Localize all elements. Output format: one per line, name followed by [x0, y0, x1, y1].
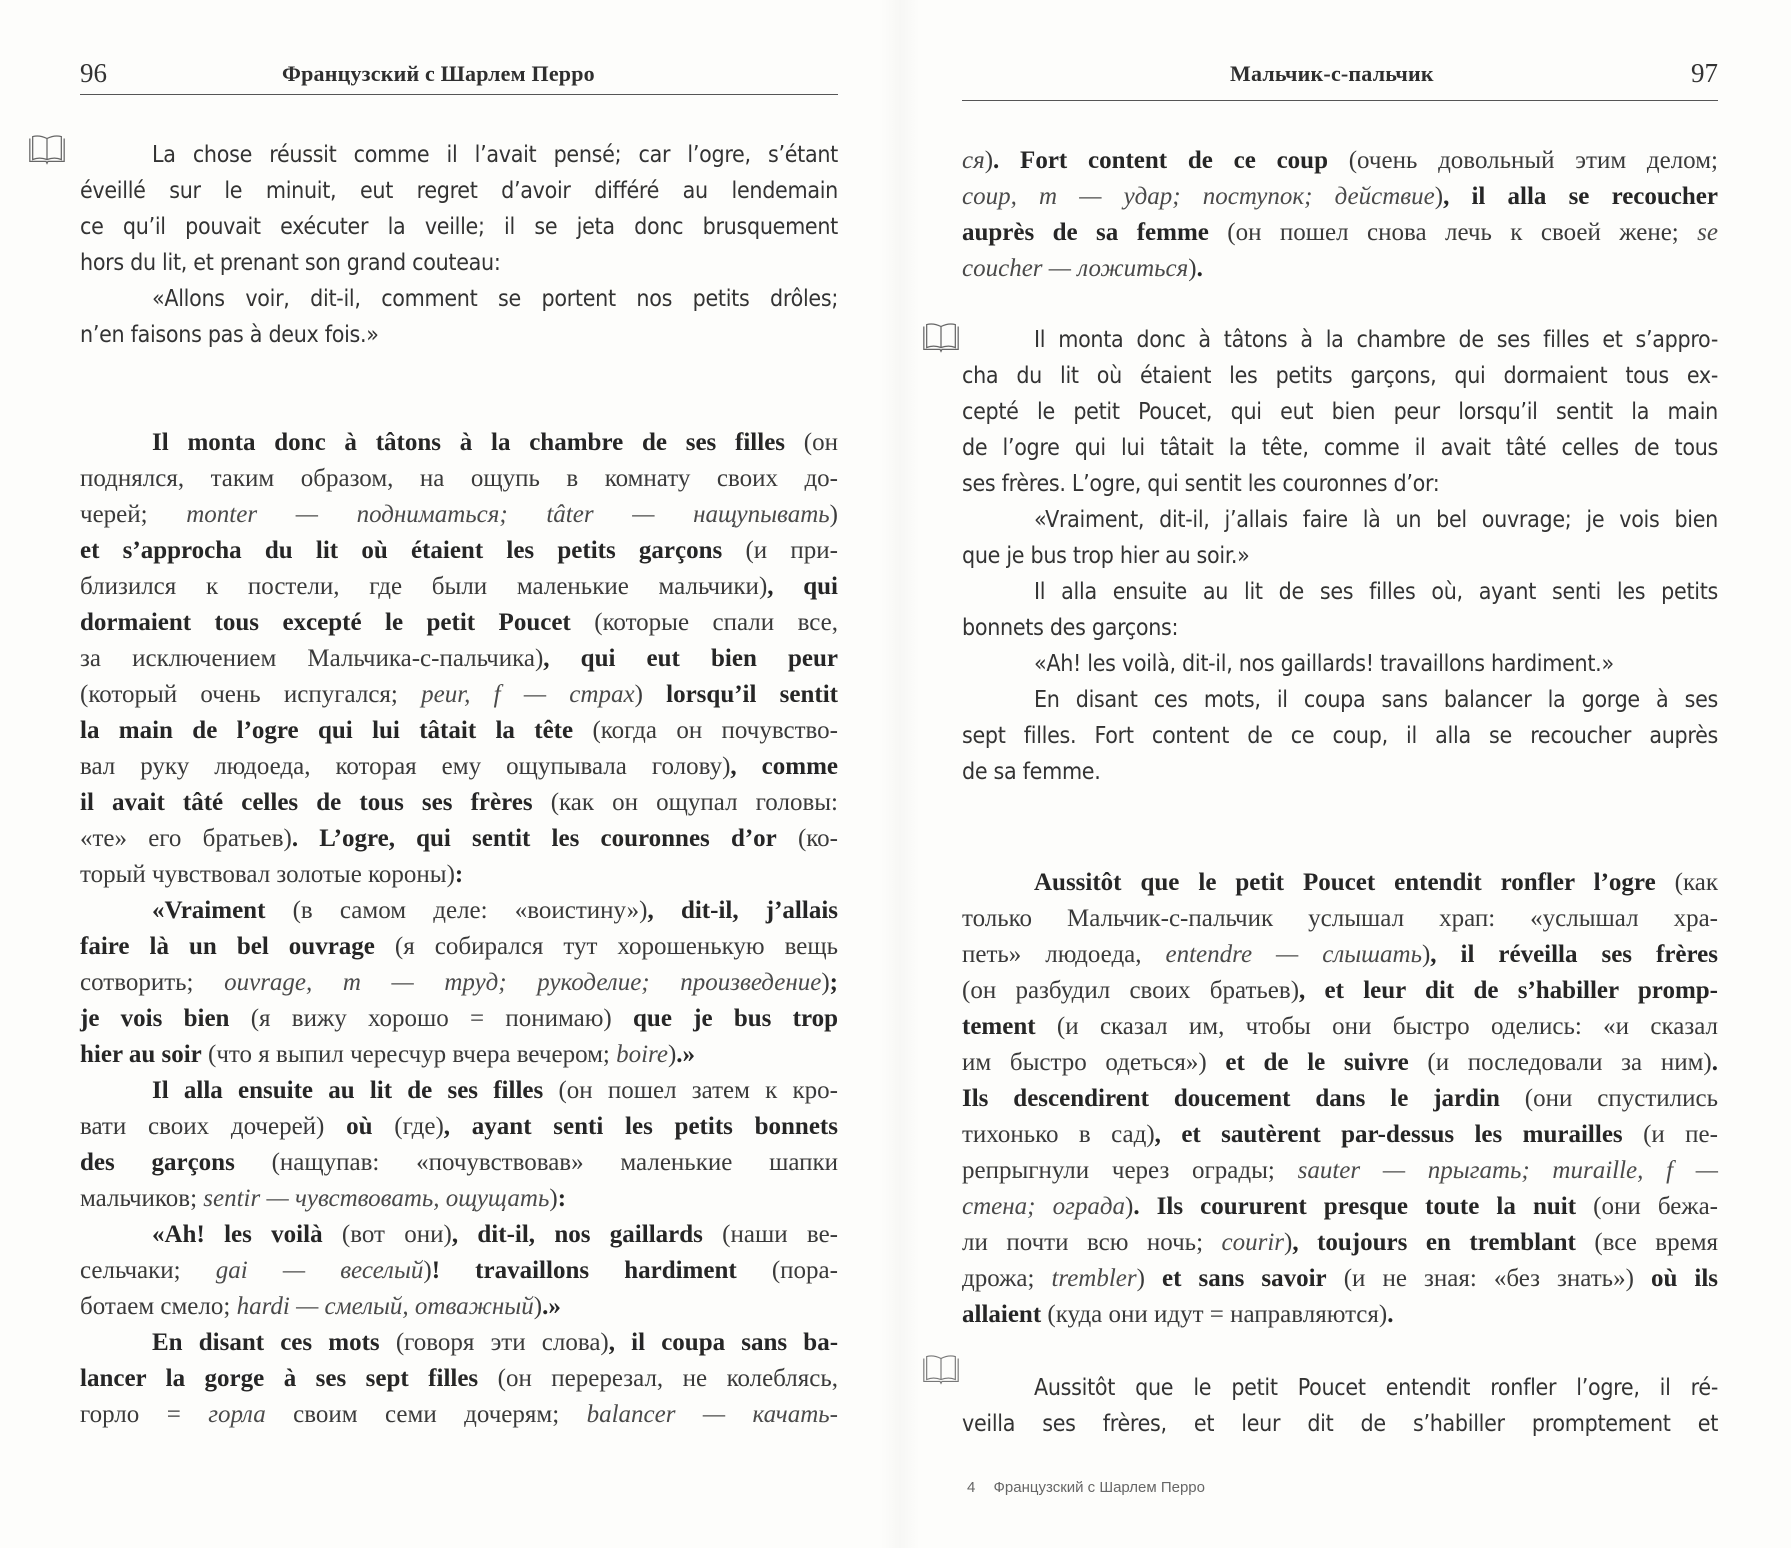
french-phrase: Aussitôt que le petit Poucet entendit ro…: [1034, 869, 1656, 896]
text-run: (в самом деле: «воистину»): [265, 897, 647, 924]
text-run: (и пе-: [1623, 1121, 1718, 1148]
text-run: репрыгнули через ограды;: [962, 1157, 1298, 1184]
french-phrase: je vois bien: [80, 1005, 229, 1032]
text-run: En disant ces mots, il coupa sans balanc…: [1034, 687, 1718, 713]
vocab-note: gai — веселый: [216, 1257, 424, 1284]
text-run: «Vraiment, dit-il, j’allais faire là un …: [1034, 507, 1718, 533]
text-line: la main de l’ogre qui lui tâtait la tête…: [80, 713, 838, 749]
annotated-text-paragraph: Il monta donc à tâtons à la chambre de s…: [80, 425, 838, 1433]
text-run: (что я выпил чересчур вчера вечером;: [202, 1041, 616, 1068]
text-run: (когда он почувство-: [573, 717, 838, 744]
text-run: мальчиков;: [80, 1185, 203, 1212]
text-line: ботаем смело; hardi — смелый, отважный).…: [80, 1289, 838, 1325]
french-phrase: , ayant senti les petits bonnets: [444, 1113, 838, 1140]
header-rule: [962, 100, 1718, 101]
text-line: поднялся, таким образом, на ощупь в комн…: [80, 461, 838, 497]
vocab-note: ouvrage, m — труд; рукоделие; произведен…: [224, 969, 821, 996]
text-run: (все время: [1576, 1229, 1718, 1256]
text-run: (который очень испугался;: [80, 681, 421, 708]
french-phrase: .»: [542, 1293, 561, 1320]
text-run: (они спустились: [1500, 1085, 1718, 1112]
text-run: (куда они идут = направляются): [1041, 1301, 1387, 1328]
text-run: (и не зная: «без знать»): [1327, 1265, 1651, 1292]
text-run: (он перерезал, не колеблясь,: [478, 1365, 838, 1392]
text-line: des garçons (нащупав: «почувствовав» мал…: [80, 1145, 838, 1181]
text-line: (который очень испугался; peur, f — стра…: [80, 677, 838, 713]
french-phrase: «Ah! les voilà: [152, 1221, 323, 1248]
text-run: ли почти всю ночь;: [962, 1229, 1222, 1256]
text-run: ): [830, 501, 838, 528]
text-line: сотворить; ouvrage, m — труд; рукоделие;…: [80, 965, 838, 1001]
text-run: cepté le petit Poucet, qui eut bien peur…: [962, 399, 1718, 425]
text-run: ses frères. L’ogre, qui sentit les couro…: [962, 471, 1439, 497]
text-run: ): [821, 969, 829, 996]
text-run: только Мальчик-с-пальчик услышал храп: «…: [962, 905, 1718, 932]
text-line: Il alla ensuite au lit de ses filles (он…: [80, 1073, 838, 1109]
text-run: La chose réussit comme il l’avait pensé;…: [152, 142, 838, 168]
text-line: за исключением Мальчика-с-пальчика), qui…: [80, 641, 838, 677]
text-run: bonnets des garçons:: [962, 615, 1178, 641]
text-line: éveillé sur le minuit, eut regret d’avoi…: [80, 173, 838, 209]
text-run: ): [534, 1293, 542, 1320]
text-line: «Allons voir, dit-il, comment se portent…: [80, 281, 838, 317]
french-phrase: «Vraiment: [152, 897, 265, 924]
text-run: своим семи дочерям;: [266, 1401, 587, 1428]
printer-signature-footer: 4 Французский с Шарлем Перро: [967, 1479, 1205, 1496]
text-run: (и последовали за ним): [1409, 1049, 1712, 1076]
text-line: «Vraiment, dit-il, j’allais faire là un …: [962, 502, 1718, 538]
text-run: n’en faisons pas à deux fois.»: [80, 322, 379, 348]
text-run: (вот они): [323, 1221, 452, 1248]
text-line: bonnets des garçons:: [962, 610, 1718, 646]
text-line: Aussitôt que le petit Poucet entendit ro…: [962, 1370, 1718, 1406]
text-run: (говоря эти слова): [380, 1329, 609, 1356]
text-line: вати своих дочерей) où (где), ayant sent…: [80, 1109, 838, 1145]
text-run: сельчаки;: [80, 1257, 216, 1284]
vocab-note: coucher — ложиться: [962, 255, 1188, 282]
signature-title: Французский с Шарлем Перро: [994, 1479, 1205, 1496]
french-phrase: hier au soir: [80, 1041, 202, 1068]
text-line: стена; ограда). Ils coururent presque to…: [962, 1189, 1718, 1225]
text-line: veilla ses frères, et leur dit de s’habi…: [962, 1406, 1718, 1442]
annotated-text-continued: ся). Fort content de ce coup (очень дово…: [962, 143, 1718, 287]
french-phrase: , dit-il, nos gaillards: [452, 1221, 703, 1248]
text-run: ce qu’il pouvait exécuter la veille; il …: [80, 214, 838, 240]
text-line: им быстро одеться») et de le suivre (и п…: [962, 1045, 1718, 1081]
french-phrase: faire là un bel ouvrage: [80, 933, 375, 960]
text-line: «Ah! les voilà, dit-il, nos gaillards! t…: [962, 646, 1718, 682]
text-line: горло = горла своим семи дочерям; balanc…: [80, 1397, 838, 1433]
text-run: дрожа;: [962, 1265, 1051, 1292]
french-phrase: , dit-il, j’allais: [648, 897, 838, 924]
text-line: allaient (куда они идут = направляются).: [962, 1297, 1718, 1333]
vocab-note: sauter — прыгать; muraille, f —: [1298, 1157, 1718, 1184]
french-phrase: la main de l’ogre qui lui tâtait la tête: [80, 717, 573, 744]
text-run: (я вижу хорошо = понимаю): [229, 1005, 633, 1032]
annotated-text-paragraph: Aussitôt que le petit Poucet entendit ro…: [962, 865, 1718, 1333]
french-phrase: :: [455, 861, 463, 888]
french-phrase: et sans savoir: [1162, 1265, 1327, 1292]
text-run: петь» людоеда,: [962, 941, 1166, 968]
text-run: (он пошел снова лечь к своей жене;: [1209, 219, 1697, 246]
text-run: (как: [1656, 869, 1718, 896]
text-run: ): [1188, 255, 1196, 282]
text-line: tement (и сказал им, чтобы они быстро од…: [962, 1009, 1718, 1045]
text-line: (он разбудил своих братьев), et leur dit…: [962, 973, 1718, 1009]
text-run: que je bus trop hier au soir.»: [962, 543, 1250, 569]
text-run: veilla ses frères, et leur dit de s’habi…: [962, 1411, 1718, 1437]
french-phrase: , il coupa sans ba-: [609, 1329, 838, 1356]
vocab-note: sentir — чувствовать, ощущать: [203, 1185, 549, 1212]
vocab-note: hardi — смелый, отважный: [237, 1293, 534, 1320]
french-phrase: ;: [830, 969, 838, 996]
french-phrase: , et leur dit de s’habiller promp-: [1299, 977, 1718, 1004]
text-run: «Allons voir, dit-il, comment se portent…: [152, 286, 838, 312]
right-page: Мальчик-с-пальчик 97 ся). Fort content d…: [896, 0, 1791, 1548]
text-run: ): [423, 1257, 431, 1284]
text-run: (и сказал им, чтобы они быстро оделись: …: [1036, 1013, 1718, 1040]
text-line: ce qu’il pouvait exécuter la veille; il …: [80, 209, 838, 245]
text-line: мальчиков; sentir — чувствовать, ощущать…: [80, 1181, 838, 1217]
text-line: «Ah! les voilà (вот они), dit-il, nos ga…: [80, 1217, 838, 1253]
french-phrase: .»: [676, 1041, 695, 1068]
french-phrase: et de le suivre: [1225, 1049, 1408, 1076]
text-line: Aussitôt que le petit Poucet entendit ro…: [962, 865, 1718, 901]
running-head-left: 96 Французский с Шарлем Перро: [80, 58, 838, 92]
text-run: ): [985, 147, 993, 174]
text-run: ): [549, 1185, 557, 1212]
french-phrase: allaient: [962, 1301, 1041, 1328]
text-line: ли почти всю ночь; courir), toujours en …: [962, 1225, 1718, 1261]
vocab-note: boire: [616, 1041, 668, 1068]
signature-number: 4: [967, 1479, 975, 1496]
french-phrase: Il alla ensuite au lit de ses filles: [152, 1077, 543, 1104]
french-phrase: ! travaillons hardiment: [432, 1257, 737, 1284]
french-phrase: , qui eut bien peur: [543, 645, 838, 672]
text-run: hors du lit, et prenant son grand coutea…: [80, 250, 501, 276]
text-run: ): [635, 681, 667, 708]
text-run: (он разбудил своих братьев): [962, 977, 1299, 1004]
text-line: En disant ces mots (говоря эти слова), i…: [80, 1325, 838, 1361]
text-run: сотворить;: [80, 969, 224, 996]
text-line: Ils descendirent doucement dans le jardi…: [962, 1081, 1718, 1117]
text-run: горло =: [80, 1401, 208, 1428]
original-text-paragraph: Aussitôt que le petit Poucet entendit ro…: [962, 1370, 1718, 1442]
left-page: 96 Французский с Шарлем Перро La chose r…: [0, 0, 895, 1548]
text-run: (как он ощупал головы:: [533, 789, 838, 816]
vocab-note: стена; ограда: [962, 1193, 1125, 1220]
french-phrase: En disant ces mots: [152, 1329, 380, 1356]
page-number: 96: [80, 58, 107, 89]
text-run: (он: [785, 429, 838, 456]
book-icon: [26, 132, 68, 166]
text-line: auprès de sa femme (он пошел снова лечь …: [962, 215, 1718, 251]
text-run: тихонько в сад): [962, 1121, 1155, 1148]
french-phrase: que je bus trop: [633, 1005, 838, 1032]
text-run: (очень довольный этим делом;: [1328, 147, 1718, 174]
book-icon: [920, 320, 962, 354]
text-line: hier au soir (что я выпил чересчур вчера…: [80, 1037, 838, 1073]
text-run: cha du lit où étaient les petits garçons…: [962, 363, 1718, 389]
text-run: вати своих дочерей): [80, 1113, 346, 1140]
text-line: cepté le petit Poucet, qui eut bien peur…: [962, 394, 1718, 430]
french-phrase: où ils: [1651, 1265, 1718, 1292]
french-phrase: Ils descendirent doucement dans le jardi…: [962, 1085, 1500, 1112]
text-run: ботаем смело;: [80, 1293, 237, 1320]
text-line: il avait tâté celles de tous ses frères …: [80, 785, 838, 821]
text-run: de sa femme.: [962, 759, 1101, 785]
text-run: de l’ogre qui lui tâtait la tête, comme …: [962, 435, 1718, 461]
french-phrase: .: [1387, 1301, 1393, 1328]
text-run: éveillé sur le minuit, eut regret d’avoi…: [80, 178, 838, 204]
french-phrase: , il réveilla ses frères: [1430, 941, 1718, 968]
french-phrase: et s’approcha du lit où étaient les peti…: [80, 537, 722, 564]
text-line: hors du lit, et prenant son grand coutea…: [80, 245, 838, 281]
text-run: близился к постели, где были маленькие м…: [80, 573, 767, 600]
text-run: вал руку людоеда, которая ему ощупывала …: [80, 753, 730, 780]
text-line: Il monta donc à tâtons à la chambre de s…: [962, 322, 1718, 358]
text-line: петь» людоеда, entendre — слышать), il r…: [962, 937, 1718, 973]
text-line: je vois bien (я вижу хорошо = понимаю) q…: [80, 1001, 838, 1037]
text-line: coup, m — удар; поступок; действие), il …: [962, 179, 1718, 215]
vocab-note: se: [1697, 219, 1718, 246]
running-head-right: Мальчик-с-пальчик 97: [962, 58, 1718, 92]
text-line: coucher — ложиться).: [962, 251, 1718, 287]
text-line: dormaient tous excepté le petit Poucet (…: [80, 605, 838, 641]
french-phrase: , il alla se recoucher: [1443, 183, 1718, 210]
text-line: de l’ogre qui lui tâtait la tête, comme …: [962, 430, 1718, 466]
text-run: (он пошел затем к кро-: [543, 1077, 838, 1104]
french-phrase: des garçons: [80, 1149, 235, 1176]
book-icon: [920, 1352, 962, 1386]
text-line: n’en faisons pas à deux fois.»: [80, 317, 838, 353]
text-line: торый чувствовал золотые короны):: [80, 857, 838, 893]
text-line: тихонько в сад), et sautèrent par-dessus…: [962, 1117, 1718, 1153]
french-phrase: , toujours en tremblant: [1292, 1229, 1575, 1256]
text-line: lancer la gorge à ses sept filles (он пе…: [80, 1361, 838, 1397]
text-run: торый чувствовал золотые короны): [80, 861, 455, 888]
text-run: (ко-: [777, 825, 838, 852]
vocab-note: trembler: [1051, 1265, 1136, 1292]
text-run: (я собирался тут хорошенькую вещь: [375, 933, 838, 960]
original-text-paragraph: Il monta donc à tâtons à la chambre de s…: [962, 322, 1718, 790]
text-run: «те» его братьев): [80, 825, 292, 852]
french-phrase: dormaient tous excepté le petit Poucet: [80, 609, 571, 636]
text-line: Il alla ensuite au lit de ses filles où,…: [962, 574, 1718, 610]
text-run: «Ah! les voilà, dit-il, nos gaillards! t…: [1034, 651, 1614, 677]
french-phrase: , comme: [730, 753, 838, 780]
text-line: близился к постели, где были маленькие м…: [80, 569, 838, 605]
text-line: сельчаки; gai — веселый)! travaillons ha…: [80, 1253, 838, 1289]
text-line: репрыгнули через ограды; sauter — прыгат…: [962, 1153, 1718, 1189]
french-phrase: auprès de sa femme: [962, 219, 1209, 246]
original-text-paragraph: La chose réussit comme il l’avait pensé;…: [80, 137, 838, 353]
text-line: de sa femme.: [962, 754, 1718, 790]
text-line: Il monta donc à tâtons à la chambre de s…: [80, 425, 838, 461]
text-run: Il monta donc à tâtons à la chambre de s…: [1034, 327, 1718, 353]
french-phrase: . Fort content de ce coup: [993, 147, 1328, 174]
french-phrase: .: [1197, 255, 1203, 282]
text-line: вал руку людоеда, которая ему ощупывала …: [80, 749, 838, 785]
text-line: «Vraiment (в самом деле: «воистину»), di…: [80, 893, 838, 929]
page-number: 97: [1691, 58, 1718, 89]
french-phrase: où: [346, 1113, 372, 1140]
vocab-note: ся: [962, 147, 985, 174]
french-phrase: :: [558, 1185, 566, 1212]
french-phrase: . Ils coururent presque toute la nuit: [1133, 1193, 1576, 1220]
text-run: Aussitôt que le petit Poucet entendit ro…: [1034, 1375, 1718, 1401]
text-run: ): [1137, 1265, 1162, 1292]
french-phrase: , qui: [767, 573, 838, 600]
text-line: que je bus trop hier au soir.»: [962, 538, 1718, 574]
text-line: faire là un bel ouvrage (я собирался тут…: [80, 929, 838, 965]
vocab-note: courir: [1222, 1229, 1285, 1256]
text-line: черей; monter — подниматься; tâter — нащ…: [80, 497, 838, 533]
text-run: (пора-: [737, 1257, 838, 1284]
text-run: (которые спали все,: [571, 609, 838, 636]
french-phrase: . L’ogre, qui sentit les couronnes d’or: [292, 825, 777, 852]
text-run: (наши ве-: [703, 1221, 838, 1248]
text-line: La chose réussit comme il l’avait pensé;…: [80, 137, 838, 173]
text-run: им быстро одеться»): [962, 1049, 1225, 1076]
text-line: En disant ces mots, il coupa sans balanc…: [962, 682, 1718, 718]
text-run: (и при-: [722, 537, 838, 564]
french-phrase: Il monta donc à tâtons à la chambre de s…: [152, 429, 785, 456]
vocab-note: горла: [208, 1401, 266, 1428]
text-run: черей;: [80, 501, 186, 528]
french-phrase: .: [1712, 1049, 1718, 1076]
text-line: дрожа; trembler) et sans savoir (и не зн…: [962, 1261, 1718, 1297]
text-line: только Мальчик-с-пальчик услышал храп: «…: [962, 901, 1718, 937]
text-line: ses frères. L’ogre, qui sentit les couro…: [962, 466, 1718, 502]
french-phrase: , et sautèrent par-dessus les murailles: [1155, 1121, 1623, 1148]
vocab-note: monter — подниматься; tâter — нащупывать: [186, 501, 829, 528]
text-line: et s’approcha du lit où étaient les peti…: [80, 533, 838, 569]
header-rule: [80, 94, 838, 95]
text-run: (где): [373, 1113, 444, 1140]
text-line: sept filles. Fort content de ce coup, il…: [962, 718, 1718, 754]
text-line: «те» его братьев). L’ogre, qui sentit le…: [80, 821, 838, 857]
text-line: ся). Fort content de ce coup (очень дово…: [962, 143, 1718, 179]
text-run: Il alla ensuite au lit de ses filles où,…: [1034, 579, 1718, 605]
text-run: поднялся, таким образом, на ощупь в комн…: [80, 465, 838, 492]
french-phrase: tement: [962, 1013, 1036, 1040]
vocab-note: peur, f — страх: [421, 681, 634, 708]
running-title: Французский с Шарлем Перро: [282, 61, 595, 87]
text-run: (они бежа-: [1576, 1193, 1718, 1220]
text-run: (нащупав: «почувствовав» маленькие шапки: [235, 1149, 838, 1176]
french-phrase: lorsqu’il sentit: [666, 681, 838, 708]
text-run: за исключением Мальчика-с-пальчика): [80, 645, 543, 672]
french-phrase: il avait tâté celles de tous ses frères: [80, 789, 533, 816]
text-run: ): [1435, 183, 1443, 210]
french-phrase: lancer la gorge à ses sept filles: [80, 1365, 478, 1392]
vocab-note: entendre — слышать: [1166, 941, 1422, 968]
text-line: cha du lit où étaient les petits garçons…: [962, 358, 1718, 394]
vocab-note: coup, m — удар; поступок; действие: [962, 183, 1435, 210]
text-run: sept filles. Fort content de ce coup, il…: [962, 723, 1718, 749]
running-title: Мальчик-с-пальчик: [1230, 61, 1434, 87]
vocab-note: balancer — качать-: [587, 1401, 838, 1428]
